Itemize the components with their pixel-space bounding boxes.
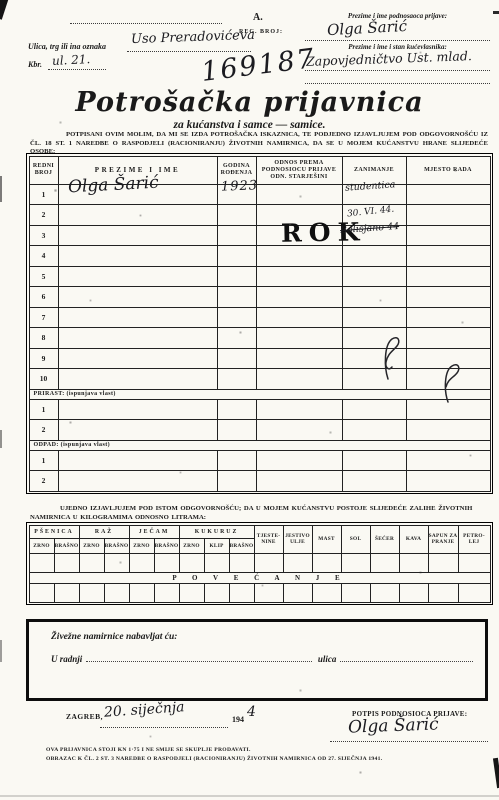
supply-cell	[312, 553, 341, 572]
row-number: 2	[29, 420, 58, 441]
cell-relation	[256, 471, 342, 492]
cell-year	[217, 369, 256, 390]
col-mast: MAST	[312, 525, 341, 553]
cell-year	[217, 348, 256, 369]
cell-workplace	[406, 266, 490, 287]
supply-cell	[79, 583, 104, 602]
supply-cell	[204, 583, 229, 602]
cell-occupation	[342, 287, 406, 308]
cell-occupation	[342, 307, 406, 328]
table-row: 4	[29, 246, 490, 267]
cell-name	[58, 399, 217, 420]
cell-workplace	[406, 184, 490, 205]
supply-cell	[104, 583, 129, 602]
col-sapun: SAPUN ZA PRANJE	[428, 525, 458, 553]
table-row: 1	[29, 399, 490, 420]
table-row: 8	[29, 328, 490, 349]
col-petrolej: PETRO-LEJ	[458, 525, 490, 553]
signature-handwritten: Olga Šarić	[348, 714, 439, 737]
cell-workplace	[406, 246, 490, 267]
cell-year	[217, 307, 256, 328]
supply-cell	[104, 553, 129, 572]
supply-cell	[79, 553, 104, 572]
cell-occupation	[342, 246, 406, 267]
footer-price-note: OVA PRIJAVNICA STOJI KN 1·75 I NE SMIJE …	[46, 747, 251, 753]
supply-cell	[370, 553, 399, 572]
cell-relation	[256, 184, 342, 205]
scan-noise	[0, 0, 1, 1]
shop-label: U radnji	[51, 654, 82, 664]
signature-underline	[330, 741, 488, 742]
table-row: 6	[29, 287, 490, 308]
cell-workplace	[406, 328, 490, 349]
cell-relation	[256, 450, 342, 471]
street-field-label: ulica	[318, 654, 337, 664]
table-row: 10	[29, 369, 490, 390]
supply-cell	[154, 553, 179, 572]
supply-cell	[29, 583, 54, 602]
purchase-location-box: Živežne namirnice nabavljat ću: U radnji…	[26, 619, 488, 701]
supply-cell	[428, 583, 458, 602]
street-handwritten-value: Uso Preradovićeva	[131, 28, 255, 47]
cell-relation	[256, 328, 342, 349]
supply-cell	[254, 583, 283, 602]
row-number: 3	[29, 225, 58, 246]
street-underline	[127, 51, 251, 52]
cell-occupation	[342, 266, 406, 287]
cell-name	[58, 307, 217, 328]
cell-workplace	[406, 307, 490, 328]
cell-occupation	[342, 399, 406, 420]
date-underline	[100, 727, 228, 728]
registration-number-handwritten-value: 169187	[200, 43, 318, 88]
cell-name	[58, 246, 217, 267]
landlord-handwritten-value: Zapovjedničtvo Ust. mlad.	[306, 48, 472, 69]
scan-artifact	[0, 795, 499, 797]
cell-year	[217, 420, 256, 441]
col-header-odnos: ODNOS PREMA PODNOSIOCU PRIJAVE ODN. STAR…	[256, 156, 342, 184]
col-header-mjesto-rada: MJESTO RADA	[406, 156, 490, 184]
applicant-name-handwritten-value: Olga Šarić	[327, 17, 408, 39]
date-handwritten: 20. siječnja	[104, 699, 185, 721]
supply-cell	[229, 583, 254, 602]
table-row: 2	[29, 420, 490, 441]
row-number: 1	[29, 399, 58, 420]
cell-year	[217, 225, 256, 246]
cell-year	[217, 287, 256, 308]
cell-name	[58, 369, 217, 390]
group-raz: RAŽ	[79, 525, 129, 538]
row-number: 1	[29, 184, 58, 205]
cell-name	[58, 471, 217, 492]
cell-relation	[256, 420, 342, 441]
scan-artifact	[0, 640, 2, 662]
cell-year	[217, 246, 256, 267]
supplies-value-row	[29, 583, 490, 602]
supply-cell	[341, 583, 370, 602]
purchase-box-heading: Živežne namirnice nabavljat ću:	[51, 632, 177, 642]
landlord-underline	[305, 70, 490, 71]
handwritten-flourish-icon	[381, 333, 403, 381]
sub-brasno: BRAŠNO	[229, 538, 254, 553]
supply-cell	[29, 553, 54, 572]
supply-cell	[179, 553, 204, 572]
house-number-underline	[48, 69, 106, 70]
cell-relation	[256, 246, 342, 267]
supplies-value-row	[29, 553, 490, 572]
cell-name	[58, 205, 217, 226]
row-number: 7	[29, 307, 58, 328]
house-number-label: Kbr.	[28, 60, 42, 69]
row-number: 9	[29, 348, 58, 369]
row-number: 4	[29, 246, 58, 267]
supply-cell	[129, 553, 154, 572]
year-printed: 194	[232, 715, 244, 724]
household-members-table: REDNI BROJ PREZIME I IME GODINA ROĐENJA …	[26, 153, 493, 494]
cell-relation	[256, 287, 342, 308]
cell-name	[58, 225, 217, 246]
supply-cell	[129, 583, 154, 602]
odpad-section-row: ODPAD: (ispunjava vlast)	[29, 440, 490, 450]
col-tjestenine: TJESTE-NINE	[254, 525, 283, 553]
birth-year-handwritten: 1923	[221, 178, 259, 194]
col-secer: ŠEĆER	[370, 525, 399, 553]
footer-regulation-note: OBRAZAC K ČL. 2 ST. 3 NAREDBE O RASPODJE…	[46, 756, 382, 762]
place-label: ZAGREB,	[66, 712, 103, 721]
cell-relation	[256, 348, 342, 369]
street-label: Ulica, trg ili ina oznaka	[28, 42, 106, 51]
blank-dotted-line	[305, 83, 490, 84]
cell-workplace	[406, 450, 490, 471]
house-number-handwritten-value: ul. 21.	[52, 52, 91, 68]
cell-relation	[256, 399, 342, 420]
supply-cell	[399, 583, 428, 602]
supply-cell	[283, 583, 312, 602]
row-number: 6	[29, 287, 58, 308]
col-sol: SOL	[341, 525, 370, 553]
supply-cell	[370, 583, 399, 602]
row-number: 5	[29, 266, 58, 287]
cell-name	[58, 450, 217, 471]
applicant-header-block: Prezime i ime podnosaoca prijave: Olga Š…	[305, 12, 490, 92]
handwritten-flourish-icon	[441, 361, 463, 403]
sub-brasno: BRAŠNO	[54, 538, 79, 553]
sub-zrno: ZRNO	[179, 538, 204, 553]
supply-cell	[204, 553, 229, 572]
table-row: 2	[29, 205, 490, 226]
cell-workplace	[406, 205, 490, 226]
supply-cell	[399, 553, 428, 572]
group-jecam: JEČAM	[129, 525, 179, 538]
supply-cell	[54, 553, 79, 572]
cell-workplace	[406, 287, 490, 308]
scan-artifact	[493, 758, 499, 788]
cell-workplace	[406, 225, 490, 246]
year-handwritten: 4	[247, 704, 256, 720]
sub-brasno: BRAŠNO	[104, 538, 129, 553]
row-number: 10	[29, 369, 58, 390]
cell-name	[58, 266, 217, 287]
shop-dotted-line	[86, 661, 312, 662]
sub-zrno: ZRNO	[79, 538, 104, 553]
col-header-redni-broj: REDNI BROJ	[29, 156, 58, 184]
registration-number-label: REG. BROJ:	[239, 29, 283, 35]
form-subtitle: za kućanstva i samce — samice.	[0, 119, 499, 131]
supply-cell	[312, 583, 341, 602]
row-number: 1	[29, 450, 58, 471]
table-row: 2	[29, 471, 490, 492]
form-title: Potrošačka prijavnica	[0, 87, 499, 118]
cell-name	[58, 328, 217, 349]
sub-klip: KLIP	[204, 538, 229, 553]
section-letter: A.	[253, 12, 263, 23]
sub-brasno: BRAŠNO	[154, 538, 179, 553]
cell-year	[217, 471, 256, 492]
blank-dotted-line	[70, 23, 222, 24]
supply-cell	[458, 553, 490, 572]
supply-cell	[341, 553, 370, 572]
cell-name	[58, 420, 217, 441]
cell-relation	[256, 307, 342, 328]
col-kava: KAVA	[399, 525, 428, 553]
odpad-label: ODPAD: (ispunjava vlast)	[29, 440, 490, 450]
cell-workplace	[406, 471, 490, 492]
scan-artifact	[0, 0, 10, 20]
supplies-table: PŠENICA RAŽ JEČAM KUKURUZ TJESTE-NINE JE…	[26, 522, 493, 605]
prirast-label: PRIRAST: (ispunjava vlast)	[29, 389, 490, 399]
povecanje-label: P O V E Ć A N J E	[29, 572, 490, 583]
cell-year	[217, 450, 256, 471]
cell-name	[58, 287, 217, 308]
street-dotted-line	[340, 661, 473, 662]
purchase-box-line: U radnji ulica	[51, 654, 473, 664]
row-number: 8	[29, 328, 58, 349]
cell-year	[217, 399, 256, 420]
scanned-ration-form: A. Ulica, trg ili ina oznaka Uso Prerado…	[0, 0, 499, 800]
supply-cell	[229, 553, 254, 572]
row-number: 2	[29, 205, 58, 226]
col-jestivo-ulje: JESTIVO ULJE	[283, 525, 312, 553]
supply-cell	[179, 583, 204, 602]
sub-zrno: ZRNO	[29, 538, 54, 553]
prirast-section-row: PRIRAST: (ispunjava vlast)	[29, 389, 490, 399]
cell-occupation	[342, 450, 406, 471]
cell-relation	[256, 266, 342, 287]
cell-year	[217, 205, 256, 226]
supply-cell	[254, 553, 283, 572]
applicant-name-underline	[305, 40, 490, 41]
table-row: 1	[29, 450, 490, 471]
table-row: 9	[29, 348, 490, 369]
table-row: 3	[29, 225, 490, 246]
supply-cell	[458, 583, 490, 602]
supplies-declaration-paragraph: UJEDNO IZJAVLJUJEM POD ISTOM ODGOVORNOŠĆ…	[30, 505, 488, 522]
scan-artifact	[0, 176, 2, 202]
cell-occupation	[342, 420, 406, 441]
table-row: 7	[29, 307, 490, 328]
cell-year	[217, 328, 256, 349]
supply-cell	[428, 553, 458, 572]
supply-cell	[283, 553, 312, 572]
row-number: 2	[29, 471, 58, 492]
table-row: 5	[29, 266, 490, 287]
sub-zrno: ZRNO	[129, 538, 154, 553]
cell-year	[217, 266, 256, 287]
cell-name	[58, 348, 217, 369]
cell-occupation	[342, 471, 406, 492]
cell-relation	[256, 369, 342, 390]
group-kukuruz: KUKURUZ	[179, 525, 254, 538]
supply-cell	[54, 583, 79, 602]
supply-cell	[154, 583, 179, 602]
povecanje-band-row: P O V E Ć A N J E	[29, 572, 490, 583]
supplies-group-header-row: PŠENICA RAŽ JEČAM KUKURUZ TJESTE-NINE JE…	[29, 525, 490, 538]
scan-artifact	[0, 430, 2, 448]
group-psenica: PŠENICA	[29, 525, 79, 538]
cell-workplace	[406, 420, 490, 441]
scan-artifact	[493, 11, 499, 14]
